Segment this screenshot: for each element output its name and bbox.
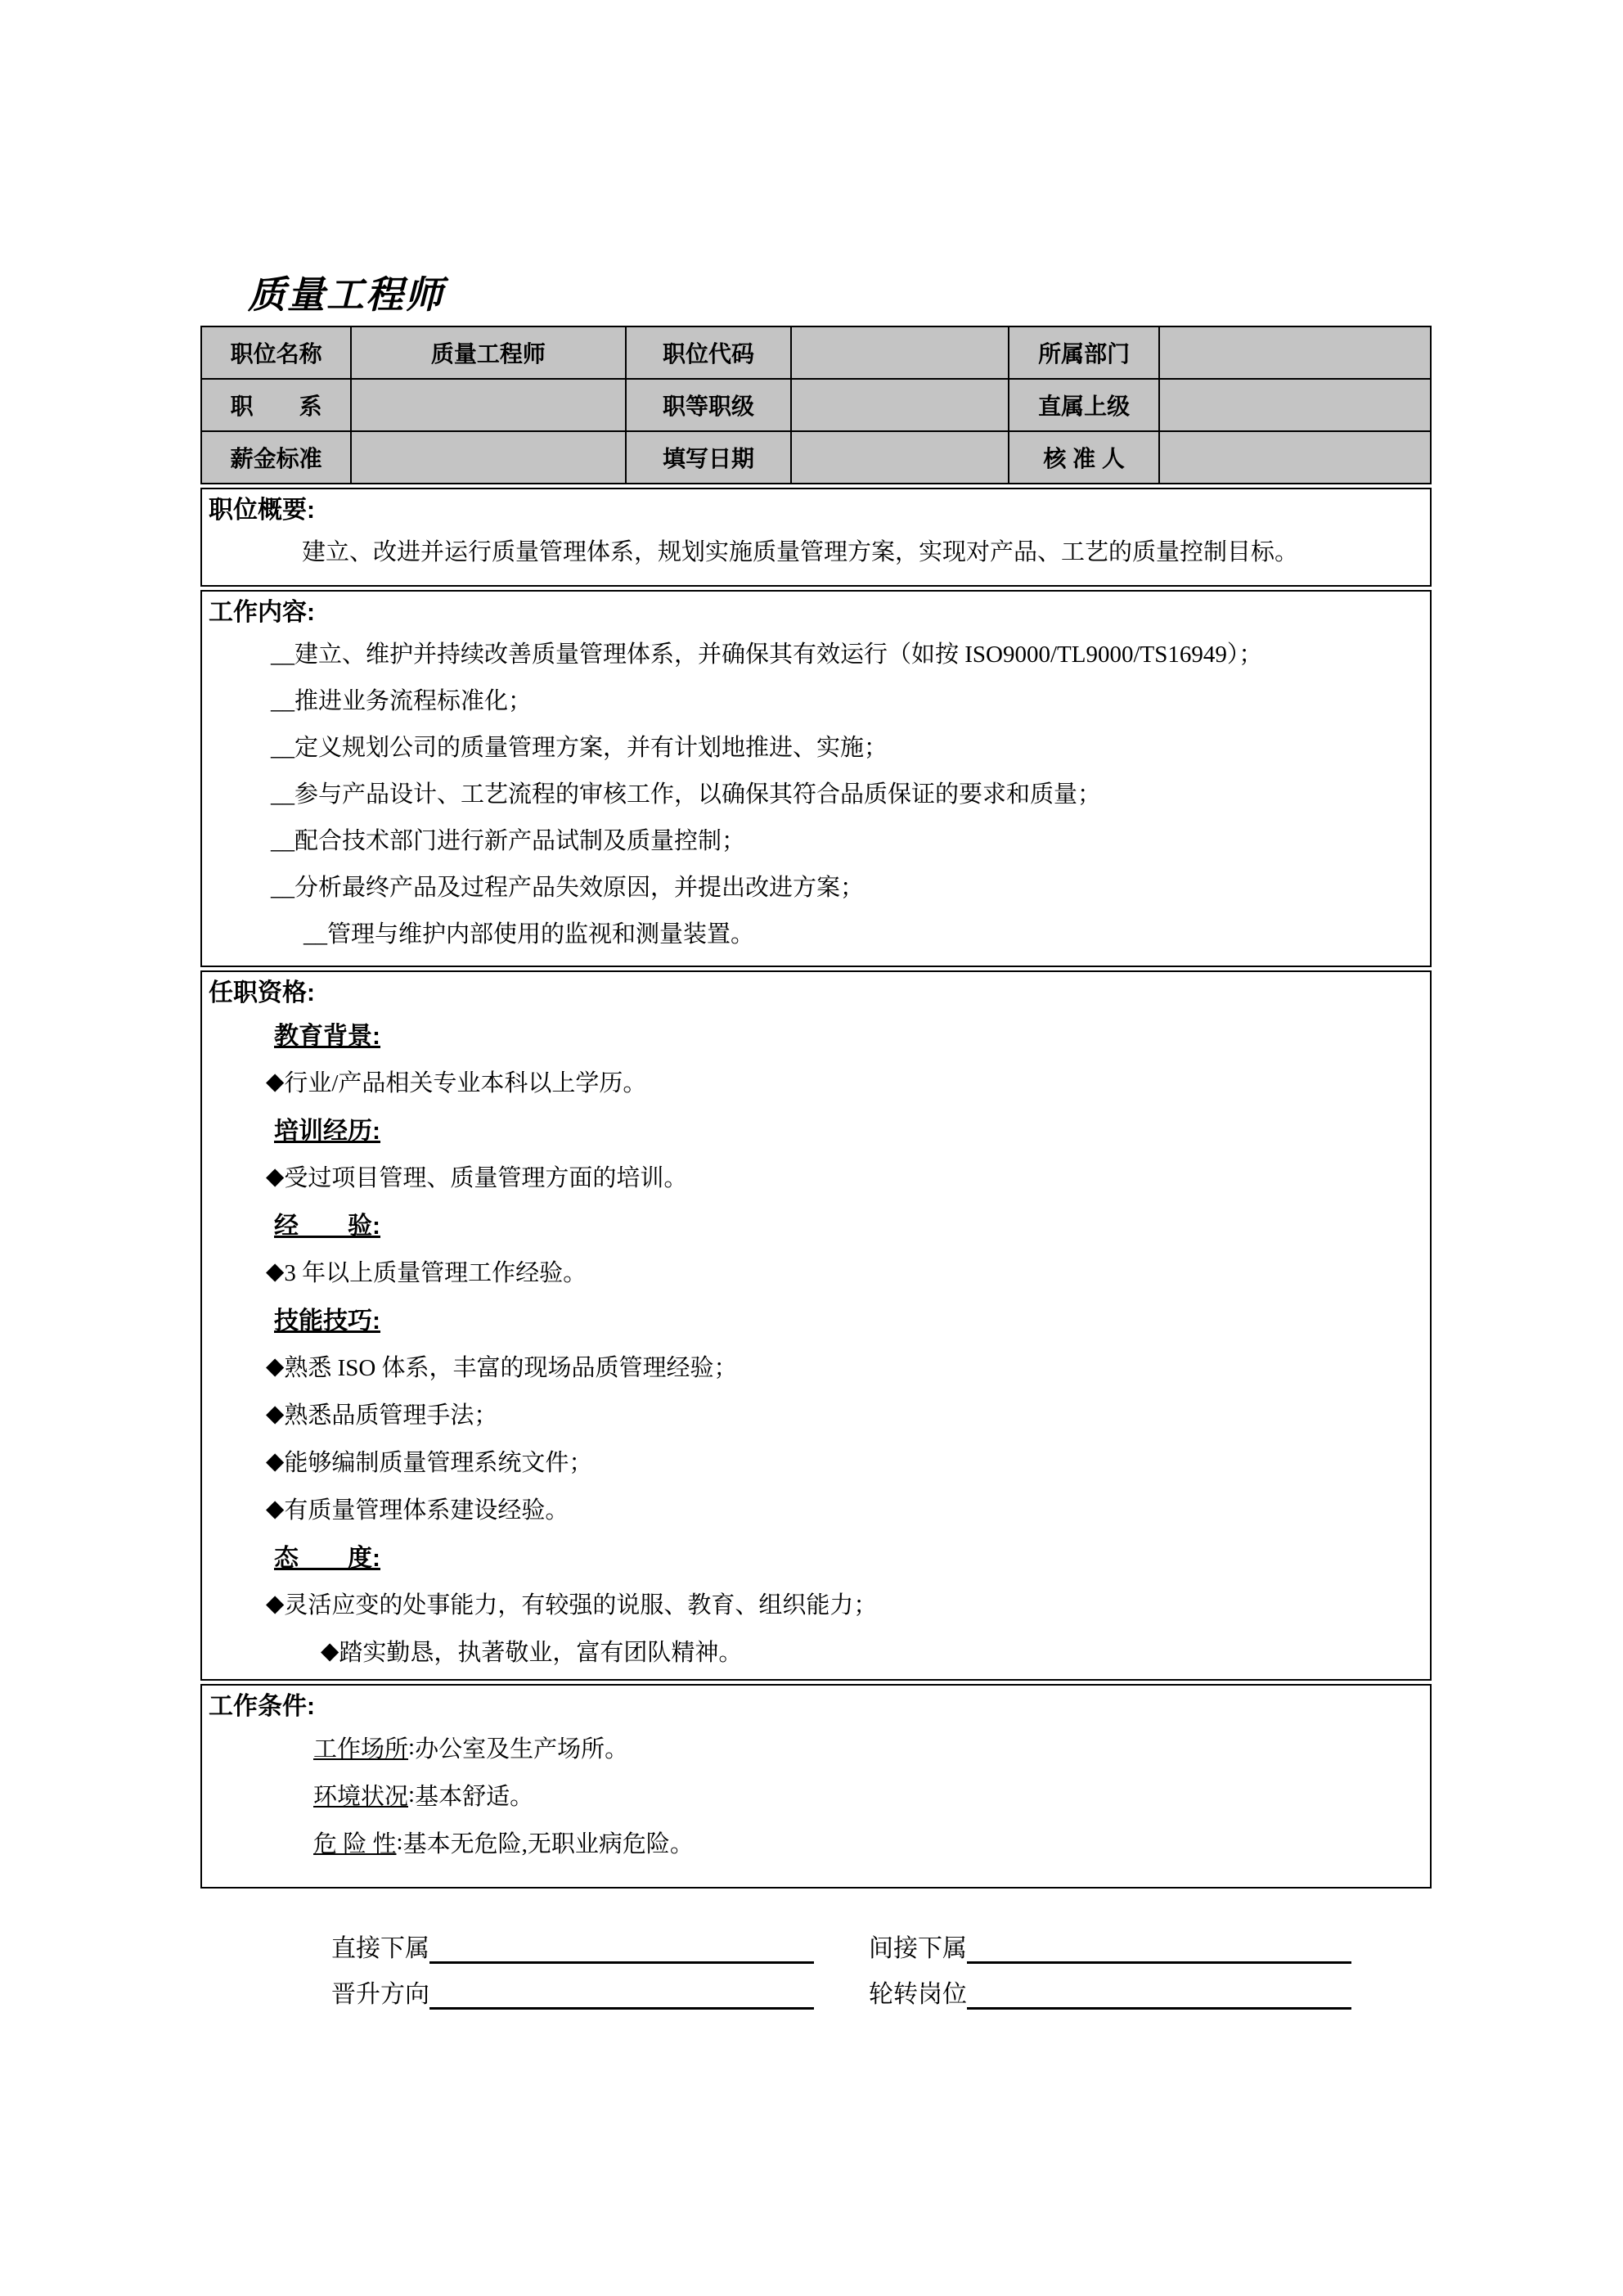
table-row: 职位名称 质量工程师 职位代码 所属部门 (201, 326, 1431, 379)
section-summary: 职位概要: 建立、改进并运行质量管理体系，规划实施质量管理方案，实现对产品、工艺… (200, 488, 1432, 587)
direct-superior-value[interactable] (1159, 379, 1431, 431)
qualification-subheading: 态 度: (274, 1532, 1430, 1579)
diamond-bullet-icon: ◆ (266, 1399, 284, 1428)
document-body: 质量工程师 职位名称 质量工程师 职位代码 所属部门 职 系 职等职 (200, 270, 1432, 2010)
footer-row: 晋升方向 轮转岗位 (200, 1964, 1432, 2010)
diamond-bullet-icon: ◆ (321, 1636, 339, 1665)
rotation-position-label: 轮转岗位 (869, 1974, 967, 2010)
duty-item: __管理与维护内部使用的监视和测量装置。 (303, 909, 1430, 956)
qualification-subheading: 技能技巧: (274, 1294, 1430, 1342)
position-name-value: 质量工程师 (351, 326, 625, 379)
promotion-direction-label: 晋升方向 (331, 1974, 429, 2010)
qualification-item-text: 有质量管理体系建设经验。 (284, 1492, 569, 1525)
job-grade-value[interactable] (791, 379, 1009, 431)
colon: : (397, 1829, 403, 1856)
qualification-item: ◆ 灵活应变的处事能力，有较强的说服、教育、组织能力； (266, 1579, 1430, 1627)
qualification-item: ◆ 有质量管理体系建设经验。 (266, 1484, 1430, 1532)
qualification-item: ◆ 踏实勤恳，执著敬业，富有团队精神。 (321, 1627, 1430, 1674)
condition-item-text: 基本舒适。 (415, 1778, 533, 1812)
duty-item: __分析最终产品及过程产品失效原因，并提出改进方案； (271, 862, 1430, 909)
salary-standard-value[interactable] (351, 431, 625, 484)
diamond-bullet-icon: ◆ (266, 1067, 284, 1096)
department-value[interactable] (1159, 326, 1431, 379)
colon: : (408, 1734, 415, 1761)
document-page: 质量工程师 职位名称 质量工程师 职位代码 所属部门 职 系 职等职 (0, 0, 1623, 2296)
department-label: 所属部门 (1009, 326, 1158, 379)
direct-subordinates-label: 直接下属 (331, 1928, 429, 1964)
direct-superior-label: 直属上级 (1009, 379, 1158, 431)
fill-date-label: 填写日期 (626, 431, 792, 484)
approver-label: 核 准 人 (1009, 431, 1158, 484)
diamond-bullet-icon: ◆ (266, 1257, 284, 1285)
fill-date-value[interactable] (791, 431, 1009, 484)
qualification-item-text: 踏实勤恳，执著敬业，富有团队精神。 (339, 1634, 742, 1668)
diamond-bullet-icon: ◆ (266, 1352, 284, 1380)
experience-subheading: 经 验: (274, 1205, 380, 1241)
qualification-item-text: 熟悉品质管理手法； (284, 1397, 497, 1430)
job-family-label: 职 系 (201, 379, 351, 431)
conditions-heading: 工作条件: (202, 1686, 1430, 1723)
direct-subordinates-blank[interactable] (429, 1934, 814, 1964)
colon: : (408, 1781, 415, 1808)
section-duties: 工作内容: __建立、维护并持续改善质量管理体系，并确保其有效运行（如按 ISO… (200, 590, 1432, 967)
environment-label: 环境状况 (313, 1778, 408, 1812)
condition-item: 环境状况:基本舒适。 (313, 1771, 1430, 1818)
indirect-subordinates-label: 间接下属 (869, 1928, 967, 1964)
qualification-item: ◆ 能够编制质量管理系统文件； (266, 1437, 1430, 1484)
qualification-item: ◆ 受过项目管理、质量管理方面的培训。 (266, 1152, 1430, 1200)
job-family-value[interactable] (351, 379, 625, 431)
education-subheading: 教育背景: (274, 1015, 380, 1051)
duties-heading: 工作内容: (202, 592, 1430, 629)
table-row: 薪金标准 填写日期 核 准 人 (201, 431, 1431, 484)
qualification-item-text: 受过项目管理、质量管理方面的培训。 (284, 1159, 687, 1193)
qualifications-heading: 任职资格: (202, 972, 1430, 1010)
salary-standard-label: 薪金标准 (201, 431, 351, 484)
qualification-subheading: 培训经历: (274, 1105, 1430, 1152)
qualification-subheading: 教育背景: (274, 1010, 1430, 1057)
qualification-item: ◆ 3 年以上质量管理工作经验。 (266, 1247, 1430, 1294)
position-code-label: 职位代码 (626, 326, 792, 379)
job-grade-label: 职等职级 (626, 379, 792, 431)
indirect-subordinates-blank[interactable] (967, 1934, 1351, 1964)
qualification-item-text: 灵活应变的处事能力，有较强的说服、教育、组织能力； (284, 1587, 877, 1620)
footer-fields: 直接下属 间接下属 晋升方向 轮转岗位 (200, 1918, 1432, 2010)
rotation-position-blank[interactable] (967, 1979, 1351, 2010)
condition-item-text: 基本无危险,无职业病危险。 (403, 1826, 694, 1859)
table-row: 职 系 职等职级 直属上级 (201, 379, 1431, 431)
qualification-item-text: 行业/产品相关专业本科以上学历。 (284, 1065, 646, 1098)
condition-item: 危 险 性:基本无危险,无职业病危险。 (313, 1818, 1430, 1866)
condition-item-text: 办公室及生产场所。 (415, 1731, 628, 1764)
position-code-value[interactable] (791, 326, 1009, 379)
diamond-bullet-icon: ◆ (266, 1447, 284, 1475)
attitude-subheading: 态 度: (274, 1537, 380, 1573)
footer-row: 直接下属 间接下属 (200, 1918, 1432, 1964)
qualification-item: ◆ 熟悉 ISO 体系，丰富的现场品质管理经验； (266, 1342, 1430, 1389)
qualification-item: ◆ 熟悉品质管理手法； (266, 1389, 1430, 1437)
position-name-label: 职位名称 (201, 326, 351, 379)
diamond-bullet-icon: ◆ (266, 1494, 284, 1523)
duty-item: __参与产品设计、工艺流程的审核工作，以确保其符合品质保证的要求和质量； (271, 769, 1430, 816)
header-table: 职位名称 质量工程师 职位代码 所属部门 职 系 职等职级 直属上级 薪金标 (200, 326, 1432, 484)
qualification-item: ◆ 行业/产品相关专业本科以上学历。 (266, 1057, 1430, 1105)
duty-item: __建立、维护并持续改善质量管理体系，并确保其有效运行（如按 ISO9000/T… (271, 629, 1430, 676)
qualification-subheading: 经 验: (274, 1200, 1430, 1247)
section-conditions: 工作条件: 工作场所:办公室及生产场所。 环境状况:基本舒适。 危 险 性:基本… (200, 1684, 1432, 1889)
page-title: 质量工程师 (200, 270, 1432, 326)
diamond-bullet-icon: ◆ (266, 1589, 284, 1618)
skills-subheading: 技能技巧: (274, 1300, 380, 1336)
summary-text: 建立、改进并运行质量管理体系，规划实施质量管理方案，实现对产品、工艺的质量控制目… (302, 527, 1430, 574)
qualification-item-text: 3 年以上质量管理工作经验。 (284, 1254, 587, 1288)
summary-heading: 职位概要: (202, 489, 1430, 527)
duty-item: __配合技术部门进行新产品试制及质量控制； (271, 816, 1430, 862)
condition-item: 工作场所:办公室及生产场所。 (313, 1723, 1430, 1771)
workplace-label: 工作场所 (313, 1731, 408, 1764)
qualification-item-text: 能够编制质量管理系统文件； (284, 1444, 592, 1478)
risk-label: 危 险 性 (313, 1826, 397, 1859)
section-qualifications: 任职资格: 教育背景: ◆ 行业/产品相关专业本科以上学历。 培训经历: ◆ 受… (200, 970, 1432, 1681)
qualification-item-text: 熟悉 ISO 体系，丰富的现场品质管理经验； (284, 1349, 737, 1383)
training-subheading: 培训经历: (274, 1110, 380, 1146)
duty-item: __定义规划公司的质量管理方案，并有计划地推进、实施； (271, 723, 1430, 769)
approver-value[interactable] (1159, 431, 1431, 484)
promotion-direction-blank[interactable] (429, 1979, 814, 2010)
duty-item: __推进业务流程标准化； (271, 676, 1430, 723)
diamond-bullet-icon: ◆ (266, 1162, 284, 1191)
